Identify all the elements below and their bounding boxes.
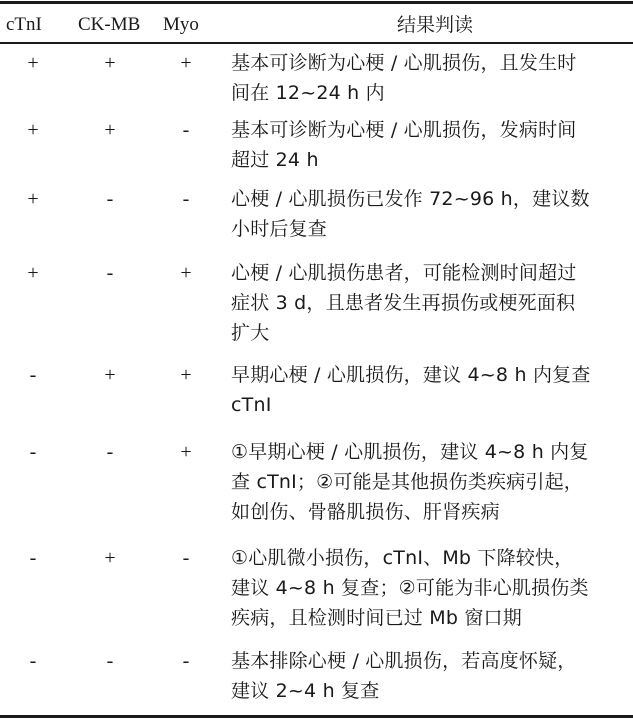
ctni-value: - <box>18 360 48 390</box>
header-result: 结果判读 <box>320 13 550 37</box>
myo-value: + <box>171 258 201 288</box>
ctni-value: - <box>18 437 48 467</box>
ctni-value: + <box>18 258 48 288</box>
ckmb-value: + <box>95 543 125 573</box>
myo-value: - <box>171 115 201 145</box>
table-header-rule <box>0 42 633 44</box>
ctni-value: + <box>18 184 48 214</box>
result-text: 基本排除心梗 / 心肌损伤，若高度怀疑， 建议 2~4 h 复查 <box>231 646 631 706</box>
ctni-value: - <box>18 646 48 676</box>
ckmb-value: - <box>95 646 125 676</box>
ctni-value: + <box>18 115 48 145</box>
result-text: ①心肌微小损伤，cTnI、Mb 下降较快， 建议 4~8 h 复查；②可能为非心… <box>231 543 631 633</box>
header-myo: Myo <box>163 13 199 37</box>
result-interpretation-table: cTnI CK-MB Myo 结果判读 + + + 基本可诊断为心梗 / 心肌损… <box>0 0 633 723</box>
result-text: 心梗 / 心肌损伤已发作 72~96 h，建议数 小时后复查 <box>231 184 631 244</box>
myo-value: - <box>171 184 201 214</box>
header-ctni: cTnI <box>6 13 42 37</box>
result-text: 基本可诊断为心梗 / 心肌损伤，发病时间 超过 24 h <box>231 115 631 175</box>
result-text: 基本可诊断为心梗 / 心肌损伤，且发生时 间在 12~24 h 内 <box>231 48 631 108</box>
myo-value: - <box>171 646 201 676</box>
table-header-row: cTnI CK-MB Myo 结果判读 <box>0 6 633 42</box>
result-text: 早期心梗 / 心肌损伤，建议 4~8 h 内复查 cTnI <box>231 360 631 420</box>
result-text: ①早期心梗 / 心肌损伤，建议 4~8 h 内复 查 cTnI；②可能是其他损伤… <box>231 437 631 527</box>
myo-value: + <box>171 437 201 467</box>
ckmb-value: - <box>95 258 125 288</box>
ckmb-value: + <box>95 48 125 78</box>
ckmb-value: + <box>95 115 125 145</box>
myo-value: + <box>171 48 201 78</box>
myo-value: - <box>171 543 201 573</box>
ckmb-value: + <box>95 360 125 390</box>
result-text: 心梗 / 心肌损伤患者，可能检测时间超过 症状 3 d，且患者发生再损伤或梗死面… <box>231 258 631 348</box>
myo-value: + <box>171 360 201 390</box>
table-top-rule <box>0 1 633 4</box>
ckmb-value: - <box>95 184 125 214</box>
ckmb-value: - <box>95 437 125 467</box>
table-bottom-rule <box>0 715 633 718</box>
ctni-value: + <box>18 48 48 78</box>
header-ckmb: CK-MB <box>78 13 140 37</box>
ctni-value: - <box>18 543 48 573</box>
